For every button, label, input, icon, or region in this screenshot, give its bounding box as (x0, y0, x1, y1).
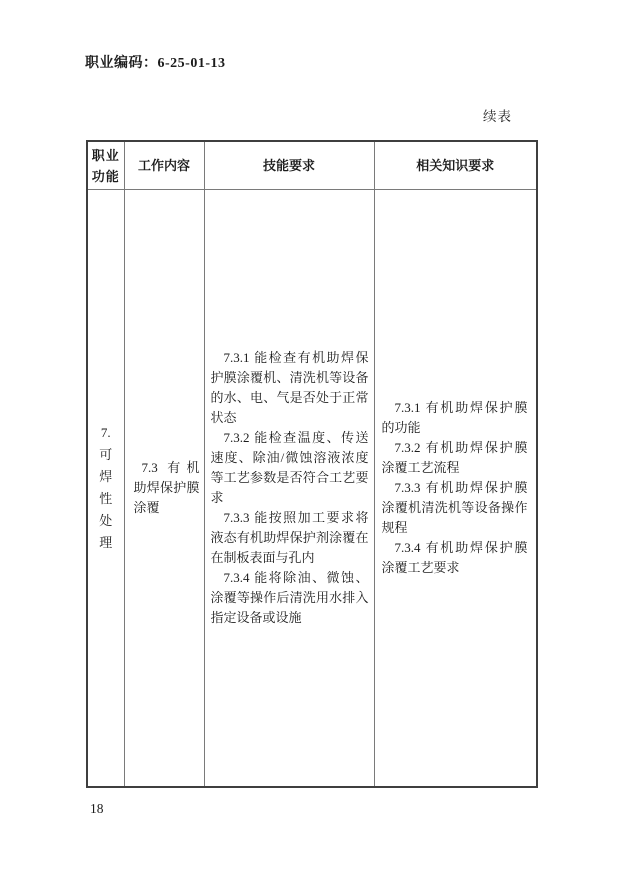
cell-skill-requirements: 7.3.1 能检查有机助焊保护膜涂覆机、清洗机等设备的水、电、气是否处于正常状态… (204, 190, 374, 788)
requirement-paragraph: 7.3.3 能按照加工要求将液态有机助焊保护剂涂覆在在制板表面与孔内 (211, 508, 369, 568)
col-header-job-function: 职业功能 (87, 141, 124, 190)
requirement-paragraph: 7.3.2 有机助焊保护膜涂覆工艺流程 (382, 438, 528, 478)
continued-table-label: 续表 (86, 105, 536, 125)
requirement-paragraph: 7.3.4 能将除油、微蚀、涂覆等操作后清洗用水排入指定设备或设施 (211, 568, 369, 628)
cell-job-function: 7. 可焊性处理 (87, 190, 124, 788)
page-number: 18 (90, 801, 104, 817)
occupation-code: 职业编码：6-25-01-13 (85, 52, 226, 72)
table-row: 7. 可焊性处理 7.3 有机助焊保护膜涂覆 7.3.1 能检查有机助焊保护膜涂… (87, 190, 537, 788)
work-content-text: 7.3 有机助焊保护膜涂覆 (134, 458, 200, 518)
col-header-job-function-label: 职业功能 (90, 145, 122, 187)
requirement-paragraph: 7.3.3 有机助焊保护膜涂覆机清洗机等设备操作规程 (382, 478, 528, 538)
cell-work-content: 7.3 有机助焊保护膜涂覆 (124, 190, 204, 788)
requirement-paragraph: 7.3.4 有机助焊保护膜涂覆工艺要求 (382, 538, 528, 578)
requirements-table: 职业功能 工作内容 技能要求 相关知识要求 7. 可焊性处理 7.3 有机助焊保… (86, 140, 538, 788)
cell-knowledge-requirements: 7.3.1 有机助焊保护膜的功能7.3.2 有机助焊保护膜涂覆工艺流程7.3.3… (374, 190, 537, 788)
col-header-knowledge-requirements: 相关知识要求 (374, 141, 537, 190)
skill-requirements-text: 7.3.1 能检查有机助焊保护膜涂覆机、清洗机等设备的水、电、气是否处于正常状态… (211, 348, 369, 628)
requirement-paragraph: 7.3.1 能检查有机助焊保护膜涂覆机、清洗机等设备的水、电、气是否处于正常状态 (211, 348, 369, 428)
requirement-paragraph: 7.3.1 有机助焊保护膜的功能 (382, 398, 528, 438)
table-header-row: 职业功能 工作内容 技能要求 相关知识要求 (87, 141, 537, 190)
col-header-skill-requirements: 技能要求 (204, 141, 374, 190)
knowledge-requirements-text: 7.3.1 有机助焊保护膜的功能7.3.2 有机助焊保护膜涂覆工艺流程7.3.3… (382, 398, 528, 578)
requirement-paragraph: 7.3.2 能检查温度、传送速度、除油/微蚀溶液浓度等工艺参数是否符合工艺要求 (211, 428, 369, 508)
col-header-work-content: 工作内容 (124, 141, 204, 190)
document-page: { "page": { "occupation_code": "职业编码：6-2… (0, 0, 630, 883)
job-function-text: 7. 可焊性处理 (97, 422, 115, 554)
